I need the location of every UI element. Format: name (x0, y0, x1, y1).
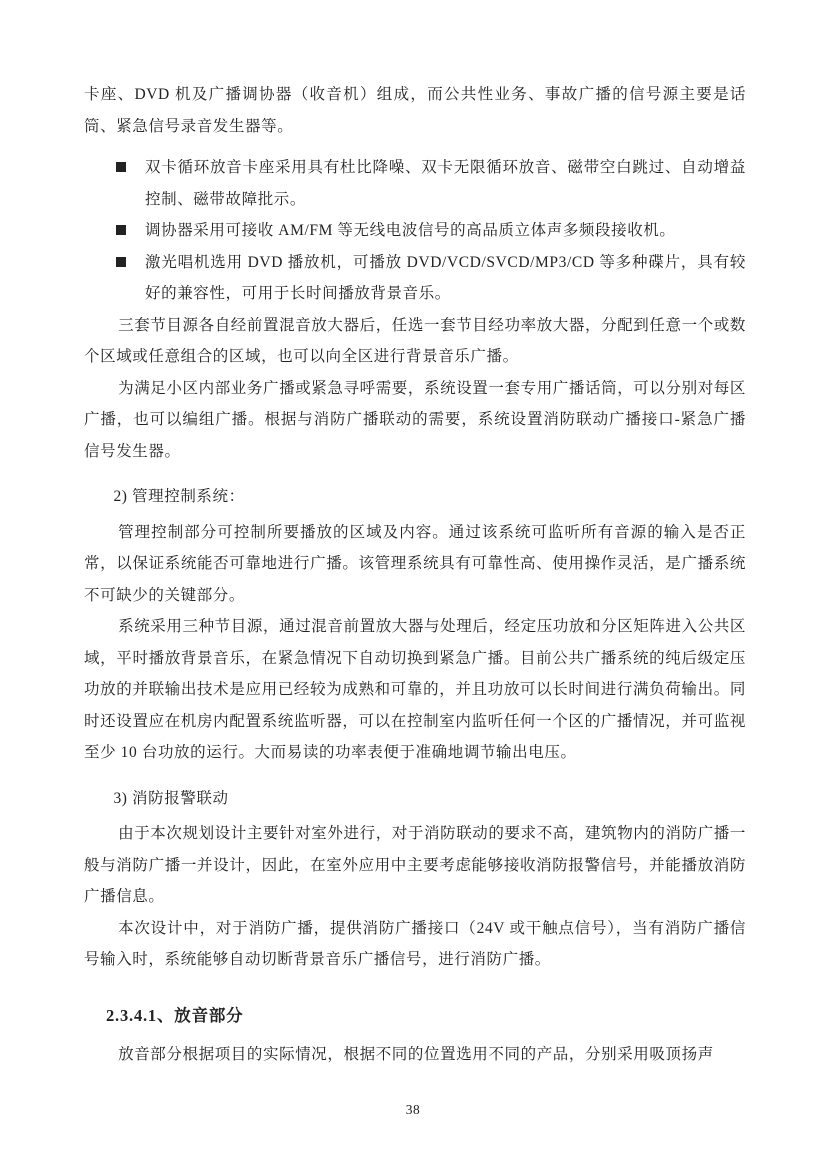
list-item: 双卡循环放音卡座采用具有杜比降噪、双卡无限循环放音、磁带空白跳过、自动增益控制、… (145, 152, 746, 215)
body-paragraph: 系统采用三种节目源，通过混音前置放大器与处理后，经定压功放和分区矩阵进入公共区域… (84, 611, 746, 769)
body-paragraph: 放音部分根据项目的实际情况，根据不同的位置选用不同的产品，分别采用吸顶扬声 (84, 1039, 746, 1071)
bullet-list: 双卡循环放音卡座采用具有杜比降噪、双卡无限循环放音、磁带空白跳过、自动增益控制、… (84, 152, 746, 310)
square-bullet-icon (116, 162, 126, 172)
document-content: 卡座、DVD 机及广播调协器（收音机）组成，而公共性业务、事故广播的信号源主要是… (84, 79, 746, 1070)
body-paragraph: 三套节目源各自经前置混音放大器后，任选一套节目经功率放大器，分配到任意一个或数个… (84, 310, 746, 373)
list-item-text: 激光唱机选用 DVD 播放机，可播放 DVD/VCD/SVCD/MP3/CD 等… (145, 254, 746, 303)
list-item-text: 双卡循环放音卡座采用具有杜比降噪、双卡无限循环放音、磁带空白跳过、自动增益控制、… (145, 159, 746, 208)
section-heading-playback: 2.3.4.1、放音部分 (106, 1000, 746, 1031)
subheading-fire-alarm-linkage: 3) 消防报警联动 (84, 783, 746, 815)
body-paragraph: 由于本次规划设计主要针对室外进行，对于消防联动的要求不高，建筑物内的消防广播一般… (84, 818, 746, 913)
paragraph-continuation: 卡座、DVD 机及广播调协器（收音机）组成，而公共性业务、事故广播的信号源主要是… (84, 79, 746, 142)
list-item: 调协器采用可接收 AM/FM 等无线电波信号的高品质立体声多频段接收机。 (145, 215, 746, 247)
page-number: 38 (0, 1101, 826, 1119)
body-paragraph: 管理控制部分可控制所要播放的区域及内容。通过该系统可监听所有音源的输入是否正常，… (84, 517, 746, 612)
body-paragraph: 本次设计中，对于消防广播，提供消防广播接口（24V 或干触点信号），当有消防广播… (84, 913, 746, 976)
square-bullet-icon (116, 257, 126, 267)
body-paragraph: 为满足小区内部业务广播或紧急寻呼需要，系统设置一套专用广播话筒，可以分别对每区广… (84, 373, 746, 468)
list-item: 激光唱机选用 DVD 播放机，可播放 DVD/VCD/SVCD/MP3/CD 等… (145, 247, 746, 310)
subheading-management-control: 2) 管理控制系统： (84, 481, 746, 513)
document-page: 卡座、DVD 机及广播调协器（收音机）组成，而公共性业务、事故广播的信号源主要是… (0, 0, 826, 1169)
list-item-text: 调协器采用可接收 AM/FM 等无线电波信号的高品质立体声多频段接收机。 (145, 222, 676, 239)
square-bullet-icon (116, 225, 126, 235)
